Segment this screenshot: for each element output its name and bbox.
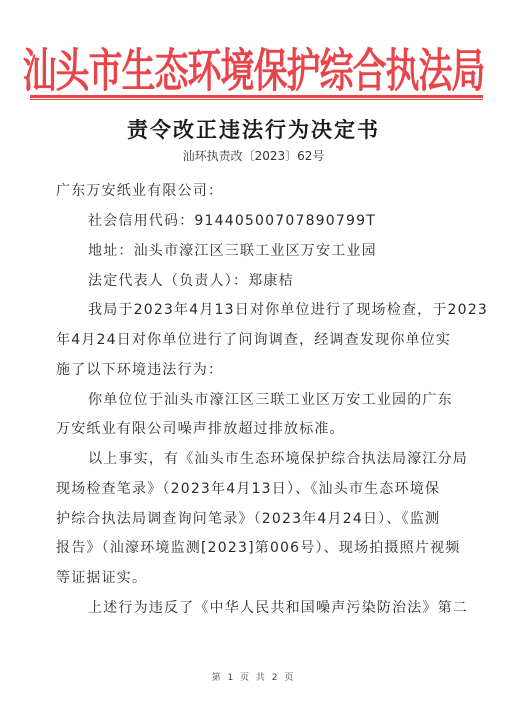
address: 地址：汕头市濠江区三联工业区万安工业园 [88,240,377,260]
addressee: 广东万安纸业有限公司： [56,180,223,200]
paragraph-line: 报告》（汕濠环境监测[2023]第006号）、现场拍摄照片视频 [56,537,460,557]
paragraph-line: 护综合执法局调查询问笔录》（2023年4月24日）、《监测 [56,508,440,528]
paragraph-line: 以上事实，有《汕头市生态环境保护综合执法局濠江分局 [88,448,468,468]
paragraph-line: 你单位位于汕头市濠江区三联工业区万安工业园的广东 [88,389,453,409]
page-indicator: 第 1 页 共 2 页 [0,670,507,683]
document-title: 责令改正违法行为决定书 [0,114,507,144]
document-number: 汕环执责改〔2023〕62号 [0,147,507,164]
paragraph-line: 等证据证实。 [56,567,147,587]
paragraph-line: 施了以下环境违法行为： [56,359,223,379]
credit-code: 社会信用代码：91440500707890799T [88,210,376,230]
paragraph-line: 万安纸业有限公司噪声排放超过排放标准。 [56,418,345,438]
agency-name: 汕头市生态环境保护综合执法局 [0,34,507,100]
paragraph-line: 年4月24日对你单位进行了问询调查，经调查发现你单位实 [56,329,451,349]
header-rule-thin [30,99,483,100]
header-rule-thick [30,95,483,98]
paragraph-line: 上述行为违反了《中华人民共和国噪声污染防治法》第二 [88,597,468,617]
paragraph-line: 我局于2023年4月13日对你单位进行了现场检查，于2023 [88,299,488,319]
paragraph-line: 现场检查笔录》（2023年4月13日）、《汕头市生态环境保 [56,478,440,498]
legal-representative: 法定代表人（负责人）：郑康桔 [88,270,294,290]
